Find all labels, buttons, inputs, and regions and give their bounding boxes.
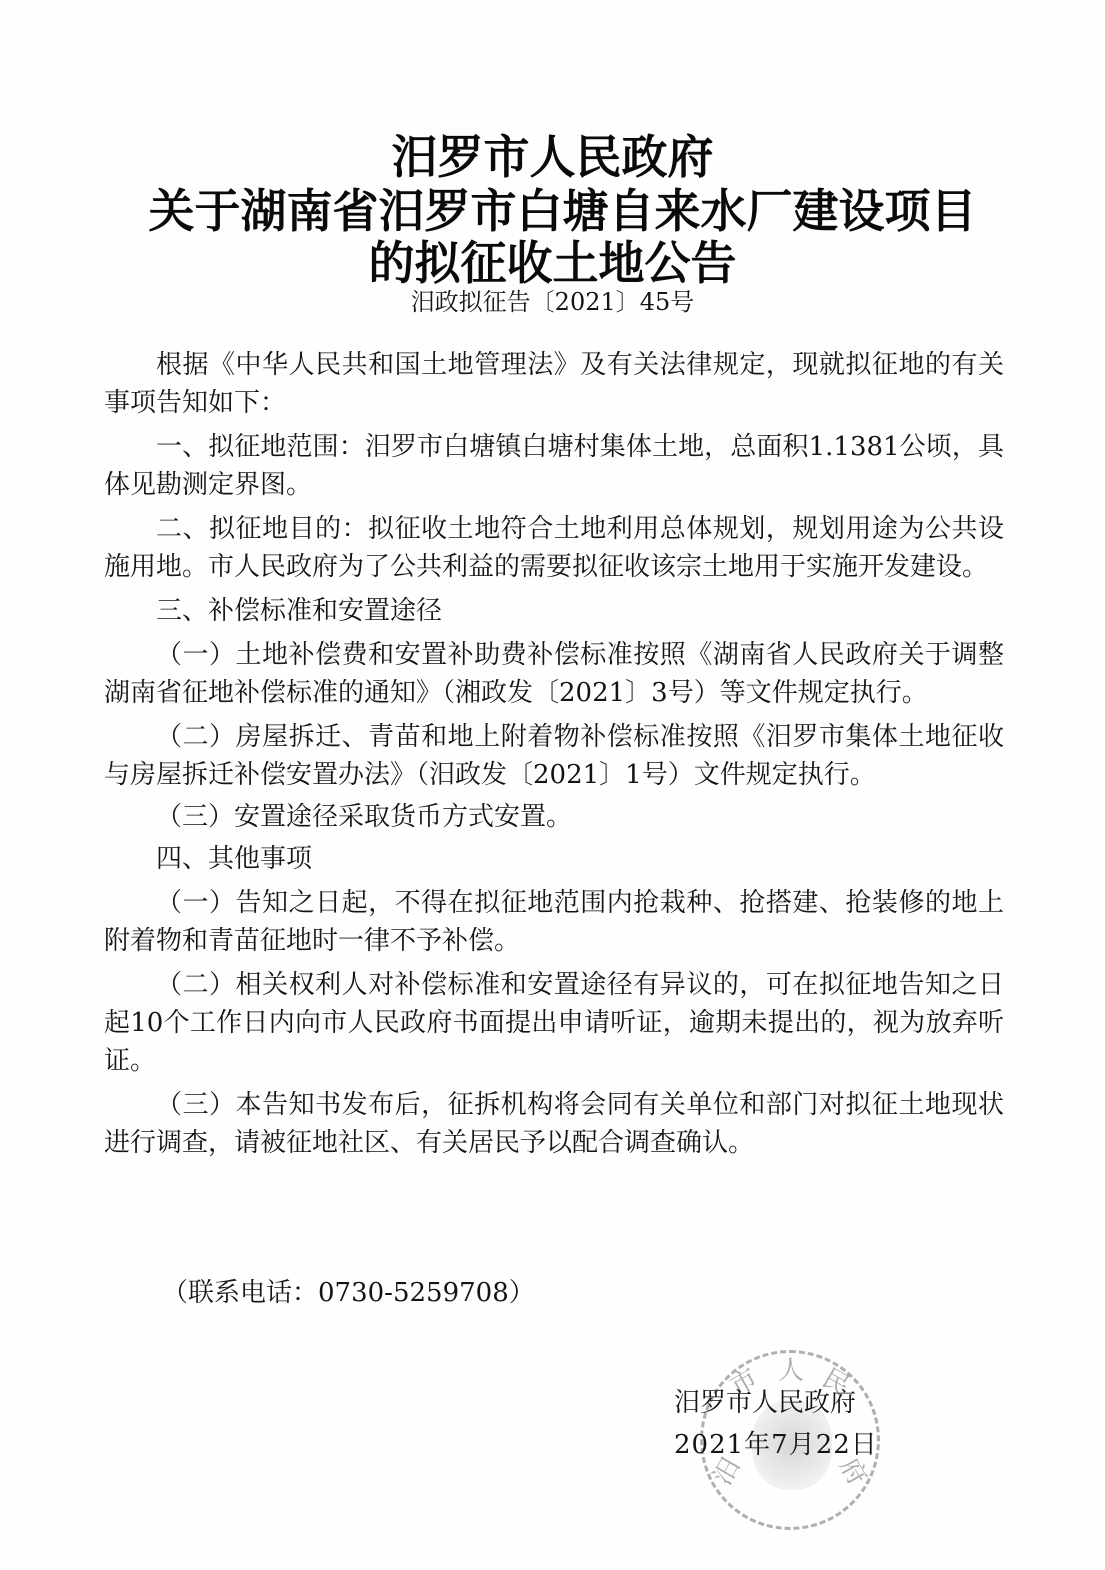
title-line-3: 的拟征收土地公告 [0, 236, 1105, 290]
paragraph-other-2: （二）相关权利人对补偿标准和安置途径有异议的，可在拟征地告知之日起10个工作日内… [104, 966, 1004, 1080]
paragraph-other-1: （一）告知之日起，不得在拟征地范围内抢栽种、抢搭建、抢装修的地上附着物和青苗征地… [104, 884, 1004, 960]
paragraph-house-compensation: （二）房屋拆迁、青苗和地上附着物补偿标准按照《汨罗市集体土地征收与房屋拆迁补偿安… [104, 718, 1004, 794]
paragraph-intro: 根据《中华人民共和国土地管理法》及有关法律规定，现就拟征地的有关事项告知如下： [104, 346, 1004, 422]
paragraph-other-3: （三）本告知书发布后，征拆机构将会同有关单位和部门对拟征土地现状进行调查，请被征… [104, 1086, 1004, 1162]
paragraph-resettlement: （三）安置途径采取货币方式安置。 [104, 798, 1004, 836]
title-line-2: 关于湖南省汨罗市白塘自来水厂建设项目 [10, 184, 1105, 238]
document-number: 汨政拟征告〔2021〕45号 [0, 286, 1105, 318]
signature-date: 2021年7月22日 [674, 1428, 914, 1462]
paragraph-scope: 一、拟征地范围：汨罗市白塘镇白塘村集体土地，总面积1.1381公顷，具体见勘测定… [104, 428, 1004, 504]
body-section: 根据《中华人民共和国土地管理法》及有关法律规定，现就拟征地的有关事项告知如下： … [104, 346, 1004, 1162]
paragraph-land-compensation: （一）土地补偿费和安置补助费补偿标准按照《湖南省人民政府关于调整湖南省征地补偿标… [104, 636, 1004, 712]
section-heading-other: 四、其他事项 [104, 840, 1004, 878]
section-heading-compensation: 三、补偿标准和安置途径 [104, 592, 1004, 630]
document-page: 汨罗市人民政府 关于湖南省汨罗市白塘自来水厂建设项目 的拟征收土地公告 汨政拟征… [0, 0, 1105, 1570]
title-line-1: 汨罗市人民政府 [0, 130, 1105, 184]
contact-phone: （联系电话：0730-5259708） [162, 1274, 535, 1312]
paragraph-purpose: 二、拟征地目的：拟征收土地符合土地利用总体规划，规划用途为公共设施用地。市人民政… [104, 510, 1004, 586]
seal-char: 人 [778, 1350, 804, 1387]
signature-organization: 汨罗市人民政府 [674, 1386, 914, 1420]
